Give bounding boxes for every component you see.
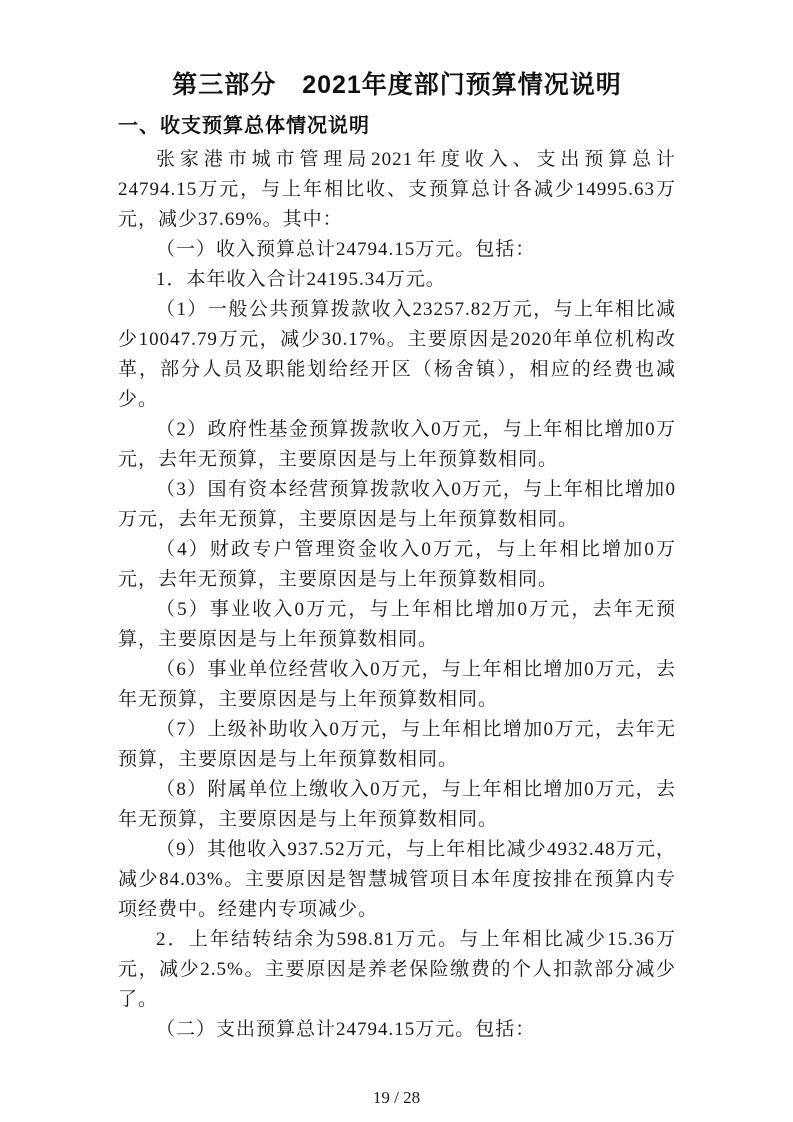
document-page: 第三部分 2021年度部门预算情况说明 一、收支预算总体情况说明 张家港市城市管… (0, 0, 793, 1122)
body-paragraph: （5）事业收入0万元，与上年相比增加0万元，去年无预算，主要原因是与上年预算数相… (118, 595, 676, 655)
body-paragraph: （3）国有资本经营预算拨款收入0万元，与上年相比增加0万元，去年无预算，主要原因… (118, 475, 676, 535)
body-paragraph: （一）收入预算总计24794.15万元。包括： (118, 235, 676, 265)
body-paragraph: （二）支出预算总计24794.15万元。包括： (118, 1015, 676, 1045)
body-paragraph: （6）事业单位经营收入0万元，与上年相比增加0万元，去年无预算，主要原因是与上年… (118, 655, 676, 715)
section-heading: 一、收支预算总体情况说明 (118, 114, 676, 138)
body-paragraph: 2．上年结转结余为598.81万元。与上年相比减少15.36万元，减少2.5%。… (118, 925, 676, 1015)
body-paragraph: （9）其他收入937.52万元，与上年相比减少4932.48万元，减少84.03… (118, 835, 676, 925)
document-title: 第三部分 2021年度部门预算情况说明 (118, 66, 676, 104)
document-body: 张家港市城市管理局2021年度收入、支出预算总计24794.15万元，与上年相比… (118, 145, 676, 1045)
body-paragraph: （4）财政专户管理资金收入0万元，与上年相比增加0万元，去年无预算，主要原因是与… (118, 535, 676, 595)
page-number: 19 / 28 (0, 1088, 793, 1108)
body-paragraph: （8）附属单位上缴收入0万元，与上年相比增加0万元，去年无预算，主要原因是与上年… (118, 775, 676, 835)
body-paragraph: （7）上级补助收入0万元，与上年相比增加0万元，去年无预算，主要原因是与上年预算… (118, 715, 676, 775)
body-paragraph: 1．本年收入合计24195.34万元。 (118, 265, 676, 295)
body-paragraph: （1）一般公共预算拨款收入23257.82万元，与上年相比减少10047.79万… (118, 295, 676, 415)
body-paragraph: （2）政府性基金预算拨款收入0万元，与上年相比增加0万元，去年无预算，主要原因是… (118, 415, 676, 475)
body-paragraph: 张家港市城市管理局2021年度收入、支出预算总计24794.15万元，与上年相比… (118, 145, 676, 235)
